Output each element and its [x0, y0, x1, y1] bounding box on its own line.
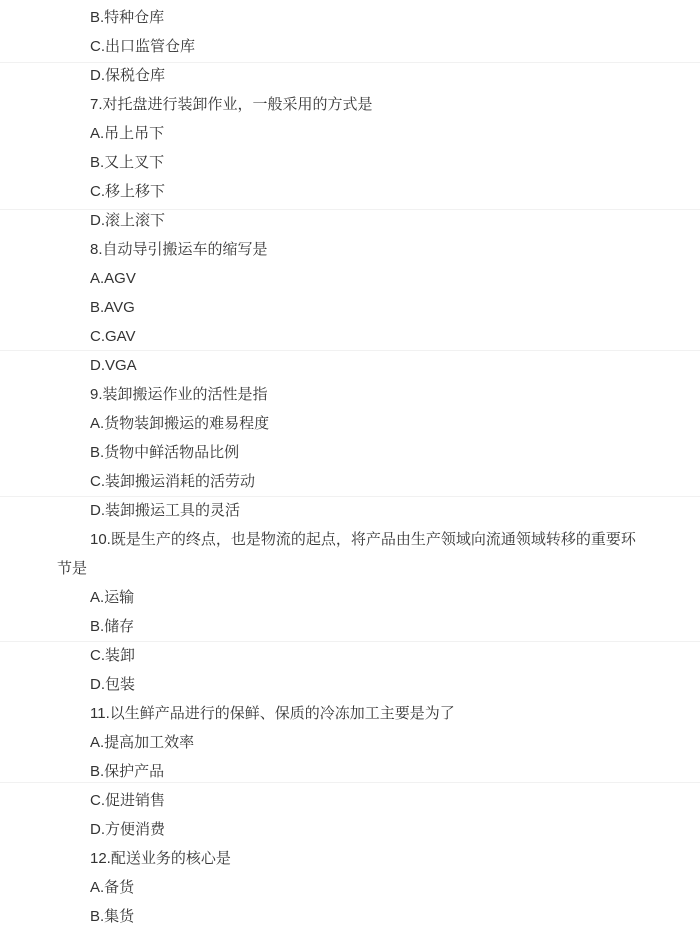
question-line: 10.既是生产的终点，也是物流的起点，将产品由生产领域向流通领域转移的重要环 — [57, 525, 643, 554]
question-line: 11.以生鲜产品进行的保鲜、保质的冷冻加工主要是为了 — [57, 699, 643, 728]
option-line: D.保税仓库 — [57, 61, 643, 90]
question-continuation-line: 节是 — [57, 554, 643, 583]
option-line: D.方便消费 — [57, 815, 643, 844]
option-line: C.促进销售 — [57, 786, 643, 815]
question-line: 12.配送业务的核心是 — [57, 844, 643, 873]
option-line: D.包装 — [57, 670, 643, 699]
option-line: A.吊上吊下 — [57, 119, 643, 148]
option-line: A.备货 — [57, 873, 643, 902]
option-line: C.装卸 — [57, 641, 643, 670]
option-line: D.滚上滚下 — [57, 206, 643, 235]
option-line: C.移上移下 — [57, 177, 643, 206]
option-line: C.出口监管仓库 — [57, 32, 643, 61]
option-line: B.又上叉下 — [57, 148, 643, 177]
option-line: C.GAV — [57, 322, 643, 351]
question-line: 7.对托盘进行装卸作业，一般采用的方式是 — [57, 90, 643, 119]
option-line: B.特种仓库 — [57, 3, 643, 32]
option-line: B.集货 — [57, 902, 643, 931]
option-line: B.AVG — [57, 293, 643, 322]
option-line: B.货物中鲜活物品比例 — [57, 438, 643, 467]
option-line: A.提高加工效率 — [57, 728, 643, 757]
option-line: D.装卸搬运工具的灵活 — [57, 496, 643, 525]
option-line: B.储存 — [57, 612, 643, 641]
option-line: A.运输 — [57, 583, 643, 612]
question-line: 8.自动导引搬运车的缩写是 — [57, 235, 643, 264]
option-line: A.货物装卸搬运的难易程度 — [57, 409, 643, 438]
document-page: B.特种仓库 C.出口监管仓库 D.保税仓库 7.对托盘进行装卸作业，一般采用的… — [0, 0, 700, 931]
option-line: B.保护产品 — [57, 757, 643, 786]
option-line: A.AGV — [57, 264, 643, 293]
question-line: 9.装卸搬运作业的活性是指 — [57, 380, 643, 409]
option-line: D.VGA — [57, 351, 643, 380]
option-line: C.装卸搬运消耗的活劳动 — [57, 467, 643, 496]
